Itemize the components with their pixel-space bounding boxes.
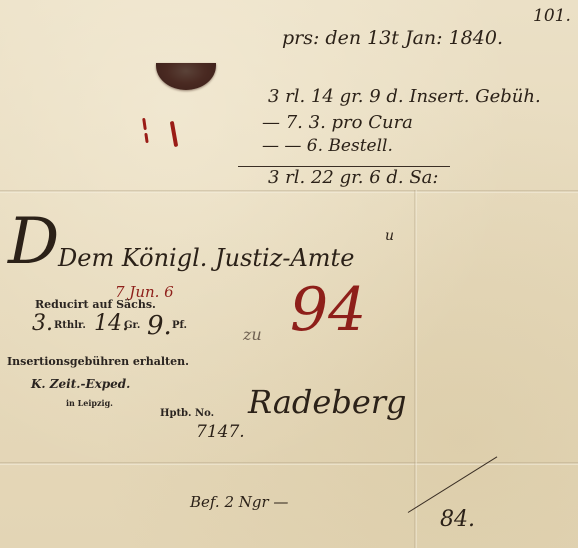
fee-total: 3 rl. 22 gr. 6 d. Sa: [268, 167, 438, 188]
pf-value: 9. [147, 311, 172, 341]
pf-label: Pf. [172, 320, 187, 331]
red-mark-left [142, 118, 147, 130]
hptb-label: Hptb. No. [160, 408, 214, 419]
gr-label: Gr. [124, 320, 140, 331]
fee-line-1: 3 rl. 14 gr. 9 d. Insert. Gebüh. [268, 86, 541, 107]
fee-line-2: — 7. 3. pro Cura [262, 112, 413, 133]
stamp-line-4: K. Zeit.-Exped. [31, 377, 130, 391]
bottom-note: Bef. 2 Ngr — [190, 493, 288, 511]
rthlr-label: Rthlr. [54, 320, 86, 331]
stamp-line-5: in Leipzig. [66, 398, 113, 408]
red-number: 94 [290, 280, 366, 340]
bottom-right-number: 84. [440, 507, 475, 532]
address-initial-D: D [8, 210, 59, 274]
red-mark-left-lower [144, 133, 148, 143]
address-city: Radeberg [248, 383, 407, 421]
fold-line-bottom [0, 462, 578, 465]
wax-seal [156, 63, 216, 90]
address-zu: zu [243, 325, 262, 344]
rthlr-value: 3. [32, 311, 53, 336]
hptb-number: 7147. [196, 422, 245, 442]
fold-line-vertical [414, 190, 417, 548]
address-line-1: Dem Königl. Justiz-Amte [58, 244, 354, 272]
address-superscript: u [385, 228, 394, 244]
fee-line-3: — — 6. Bestell. [262, 136, 393, 156]
stamp-line-1: Reducirt auf Sächs. [35, 298, 156, 311]
red-mark-right [170, 121, 178, 147]
received-note: prs: den 13t Jan: 1840. [282, 27, 503, 49]
corner-number: 101. [533, 6, 571, 26]
stamp-line-3: Insertionsgebühren erhalten. [7, 355, 189, 368]
fold-line-top [0, 190, 578, 193]
